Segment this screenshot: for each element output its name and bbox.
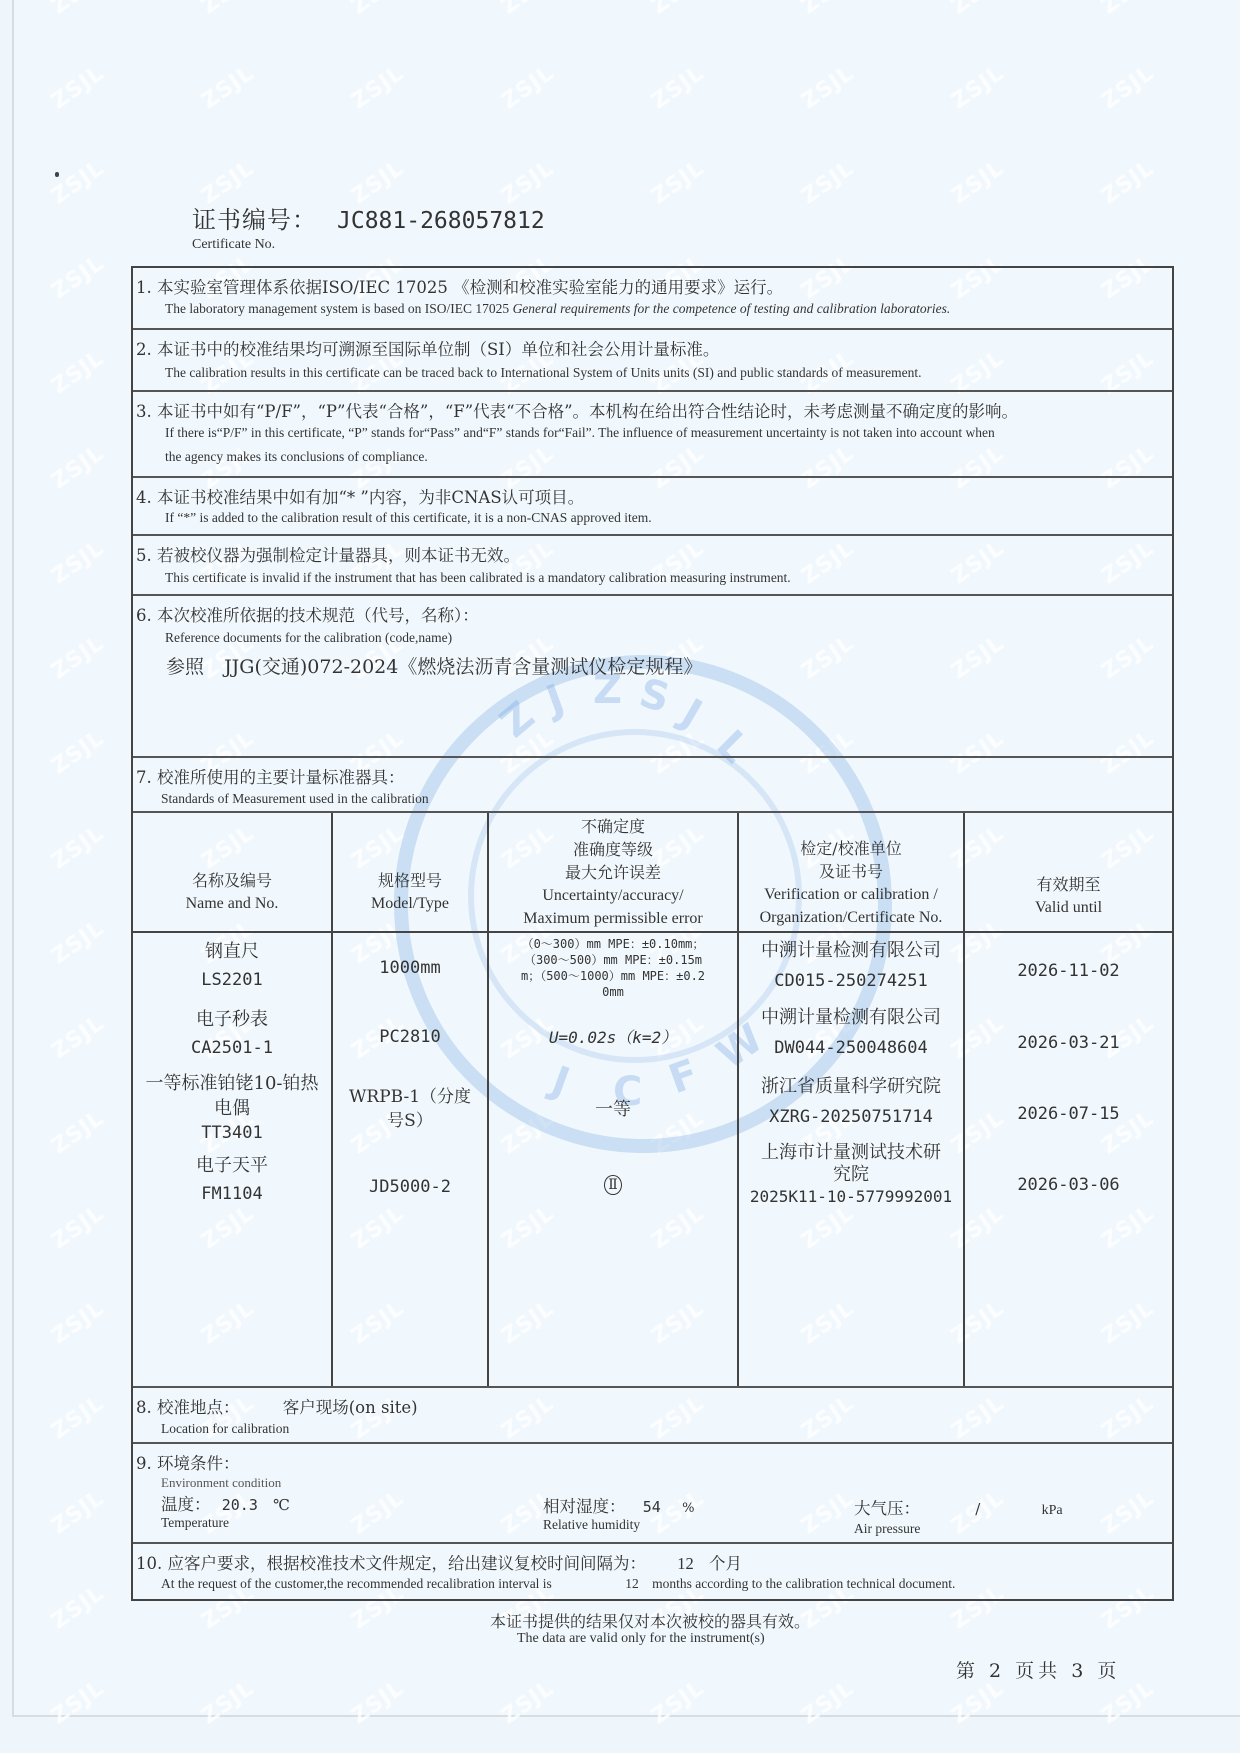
watermark-text: ZSJL <box>47 1676 109 1730</box>
header-model: 规格型号 Model/Type <box>332 813 488 932</box>
header-name: 名称及编号 Name and No. <box>133 813 332 932</box>
certificate-number-block: 证书编号：JC881-268057812 Certificate No. <box>192 200 545 253</box>
certificate-number-value: JC881-268057812 <box>337 208 545 234</box>
watermark-text: ZSJL <box>1097 156 1159 210</box>
term-2: 2. 本证书中的校准结果均可溯源至国际单位制（SI）单位和社会公用计量标准。 T… <box>133 330 1172 392</box>
watermark-text: ZSJL <box>797 1676 859 1730</box>
certificate-page: ZSJLZSJLZSJLZSJLZSJLZSJLZSJLZSJLZSJLZSJL… <box>12 0 1240 1717</box>
watermark-text: ZSJL <box>47 441 109 495</box>
watermark-text: ZSJL <box>347 1676 409 1730</box>
organization-certificate: 浙江省质量科学研究院 XZRG-20250751714 <box>739 1067 963 1137</box>
watermark-text: ZSJL <box>197 61 259 115</box>
recalibration-interval-value: 12 <box>677 1554 694 1573</box>
term-1: 1. 本实验室管理体系依据ISO/IEC 17025 《检测和校准实验室能力的通… <box>133 268 1172 330</box>
standards-table-header: 名称及编号 Name and No. 规格型号 Model/Type 不确定度 … <box>133 813 1172 932</box>
column-accuracy: （0～300）mm MPE：±0.10mm； （300～500）mm MPE：±… <box>488 932 738 1388</box>
watermark-text: ZSJL <box>647 0 709 19</box>
standards-table-body: 钢直尺 LS2201 电子秒表 CA2501-1 一等标准铂铑10-铂热 电偶 … <box>133 932 1172 1388</box>
watermark-text: ZSJL <box>497 0 559 19</box>
header-organization: 检定/校准单位 及证书号 Verification or calibration… <box>738 813 964 932</box>
term-5: 5. 若被校仪器为强制检定计量器具，则本证书无效。 This certifica… <box>133 536 1172 596</box>
standard-name: 电子秒表 CA2501-1 <box>133 999 331 1069</box>
column-models: 1000mm PC2810 WRPB-1（分度 号S） JD5000-2 <box>332 932 488 1388</box>
reference-document: JJG(交通)072-2024《燃烧法沥青含量测试仪检定规程》 <box>224 656 702 678</box>
watermark-text: ZSJL <box>47 821 109 875</box>
watermark-text: ZSJL <box>347 61 409 115</box>
accuracy-mpe: （0～300）mm MPE：±0.10mm； （300～500）mm MPE：±… <box>489 933 737 1003</box>
watermark-text: ZSJL <box>797 156 859 210</box>
term-4: 4. 本证书校准结果中如有加“* ”内容，为非CNAS认可项目。 If “*” … <box>133 478 1172 536</box>
watermark-text: ZSJL <box>1097 0 1159 19</box>
organization-certificate: 中溯计量检测有限公司 DW044-250048604 <box>739 999 963 1067</box>
term-7-standards: 7. 校准所使用的主要计量标准器具： Standards of Measurem… <box>133 758 1172 759</box>
watermark-text: ZSJL <box>47 346 109 400</box>
watermark-text: ZSJL <box>47 1486 109 1540</box>
watermark-text: ZSJL <box>47 1011 109 1065</box>
watermark-text: ZSJL <box>647 61 709 115</box>
watermark-text: ZSJL <box>197 1676 259 1730</box>
watermark-text: ZSJL <box>47 1391 109 1445</box>
watermark-text: ZSJL <box>47 726 109 780</box>
watermark-text: ZSJL <box>47 916 109 970</box>
header-accuracy: 不确定度 准确度等级 最大允许误差 Uncertainty/accuracy/ … <box>488 813 738 932</box>
term-3: 3. 本证书中如有“P/F”，“P”代表“合格”，“F”代表“不合格”。本机构在… <box>133 392 1172 478</box>
watermark-text: ZSJL <box>947 1676 1009 1730</box>
watermark-text: ZSJL <box>947 0 1009 19</box>
column-valid-until: 2026-11-02 2026-03-21 2026-07-15 2026-03… <box>964 932 1172 1388</box>
watermark-text: ZSJL <box>497 1676 559 1730</box>
certificate-terms-frame: 1. 本实验室管理体系依据ISO/IEC 17025 《检测和校准实验室能力的通… <box>131 266 1174 1601</box>
watermark-text: ZSJL <box>47 251 109 305</box>
watermark-text: ZSJL <box>947 156 1009 210</box>
page-number: 第 2 页共 3 页 <box>956 1656 1120 1683</box>
watermark-text: ZSJL <box>47 1106 109 1160</box>
calibration-location-value: 客户现场(on site) <box>283 1398 418 1417</box>
watermark-text: ZSJL <box>1097 61 1159 115</box>
watermark-text: ZSJL <box>47 156 109 210</box>
header-valid-until: 有效期至 Valid until <box>964 813 1172 932</box>
certificate-number-label-en: Certificate No. <box>192 237 545 253</box>
column-organizations: 中溯计量检测有限公司 CD015-250274251 中溯计量检测有限公司 DW… <box>738 932 964 1388</box>
watermark-text: ZSJL <box>947 61 1009 115</box>
term-9-environment: 9. 环境条件： Environment condition 温度： 20.3 … <box>133 1444 1172 1544</box>
standard-name: 钢直尺 LS2201 <box>133 933 331 999</box>
watermark-text: ZSJL <box>47 1581 109 1635</box>
standard-name: 一等标准铂铑10-铂热 电偶 TT3401 <box>133 1069 331 1147</box>
reference-prefix: 参照 <box>166 656 204 678</box>
certificate-number-label: 证书编号： <box>192 206 317 234</box>
temperature-field: 温度： 20.3 ℃ <box>161 1491 290 1515</box>
standards-table: 名称及编号 Name and No. 规格型号 Model/Type 不确定度 … <box>133 813 1172 1388</box>
watermark-text: ZSJL <box>497 61 559 115</box>
air-pressure-field: 大气压： / kPa <box>854 1495 1063 1519</box>
validity-note: 本证书提供的结果仅对本次被校的器具有效。 <box>490 1609 810 1632</box>
column-names: 钢直尺 LS2201 电子秒表 CA2501-1 一等标准铂铑10-铂热 电偶 … <box>133 932 332 1388</box>
humidity-field: 相对湿度： 54 % <box>543 1493 694 1517</box>
watermark-text: ZSJL <box>47 631 109 685</box>
watermark-text: ZSJL <box>1097 1676 1159 1730</box>
term-8-location: 8. 校准地点： 客户现场(on site) Location for cali… <box>133 1386 1172 1444</box>
standard-name: 电子天平 FM1104 <box>133 1147 331 1213</box>
accuracy-class-ii: Ⅱ <box>489 1147 737 1223</box>
organization-certificate: 上海市计量测试技术研 究院 2025K11-10-5779992001 <box>739 1137 963 1213</box>
watermark-text: ZSJL <box>647 156 709 210</box>
watermark-text: ZSJL <box>47 1201 109 1255</box>
term-6-reference-documents: 6. 本次校准所依据的技术规范（代号，名称）： Reference docume… <box>133 596 1172 758</box>
organization-certificate: 中溯计量检测有限公司 CD015-250274251 <box>739 933 963 999</box>
scan-speck <box>55 172 59 177</box>
validity-note-en: The data are valid only for the instrume… <box>517 1631 765 1647</box>
watermark-text: ZSJL <box>797 61 859 115</box>
standard-model: WRPB-1（分度 号S） <box>333 1071 487 1147</box>
watermark-text: ZSJL <box>797 0 859 19</box>
watermark-text: ZSJL <box>647 1676 709 1730</box>
watermark-text: ZSJL <box>47 1296 109 1350</box>
watermark-text: ZSJL <box>47 0 109 19</box>
watermark-text: ZSJL <box>347 0 409 19</box>
watermark-text: ZSJL <box>47 536 109 590</box>
watermark-text: ZSJL <box>197 0 259 19</box>
watermark-text: ZSJL <box>47 61 109 115</box>
term-10-recalibration: 10. 应客户要求，根据校准技术文件规定，给出建议复校时间间隔为： 12 个月 … <box>133 1544 1172 1599</box>
